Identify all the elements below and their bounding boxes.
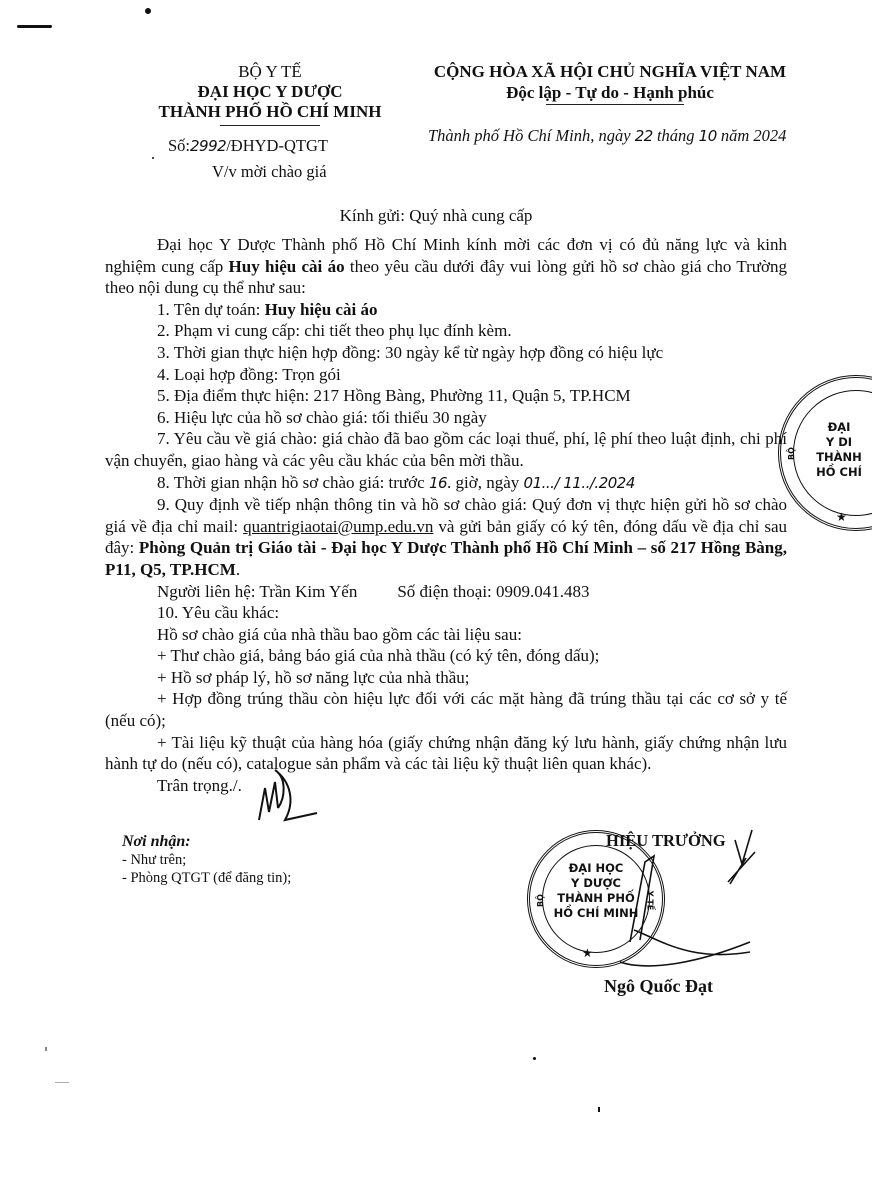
edge-stamp-line-1: ĐẠI bbox=[799, 420, 872, 435]
date-prefix: Thành phố Hồ Chí Minh, ngày bbox=[428, 126, 635, 145]
recipient-1: - Như trên; bbox=[122, 851, 291, 869]
doc-number-prefix: Số: bbox=[168, 136, 190, 155]
university-name-line2: THÀNH PHỐ HỒ CHÍ MINH bbox=[130, 102, 410, 122]
item-8-label: 8. Thời gian nhận hồ sơ chào giá: trước bbox=[157, 473, 429, 492]
edge-stamp-line-4: HỒ CHÍ bbox=[799, 465, 872, 480]
email-link[interactable]: quantrigiaotai@ump.edu.vn bbox=[243, 517, 433, 536]
doc-number-handwritten: 2992 bbox=[190, 137, 226, 155]
documents-intro: Hồ sơ chào giá của nhà thầu bao gồm các … bbox=[105, 624, 787, 646]
scan-mark-dot bbox=[45, 1047, 47, 1051]
document-date: Thành phố Hồ Chí Minh, ngày 22 tháng 10 … bbox=[428, 126, 786, 146]
contact-phone: Số điện thoại: 0909.041.483 bbox=[397, 582, 589, 601]
date-day-handwritten: 22 bbox=[635, 127, 653, 145]
deadline-date-handwritten: 01.../ 11../.2024 bbox=[524, 474, 635, 492]
item-8-mid: . giờ, ngày bbox=[447, 473, 524, 492]
document-subject: V/v mời chào giá bbox=[212, 162, 327, 182]
scan-mark-dot bbox=[152, 157, 154, 159]
item-1-label: 1. Tên dự toán: bbox=[157, 300, 265, 319]
edge-stamp-left-arc: BỘ bbox=[784, 447, 799, 460]
doc-number-suffix: /ĐHYD-QTGT bbox=[226, 136, 328, 155]
issuer-header: BỘ Y TẾ ĐẠI HỌC Y DƯỢC THÀNH PHỐ HỒ CHÍ … bbox=[130, 62, 410, 126]
document-requirement-1: + Thư chào giá, bảng báo giá của nhà thầ… bbox=[105, 645, 787, 667]
item-8: 8. Thời gian nhận hồ sơ chào giá: trước … bbox=[105, 472, 787, 495]
item-7: 7. Yêu cầu về giá chào: giá chào đã bao … bbox=[105, 428, 787, 471]
scan-mark-dot bbox=[533, 1057, 536, 1060]
edge-stamp-line-2: Y DI bbox=[799, 435, 872, 450]
edge-stamp-star-icon: ★ bbox=[836, 510, 847, 525]
item-10: 10. Yêu cầu khác: bbox=[105, 602, 787, 624]
initials-signature-icon bbox=[245, 768, 325, 828]
scan-mark-dot bbox=[55, 1082, 69, 1083]
item-1-value: Huy hiệu cài áo bbox=[265, 300, 378, 319]
edge-stamp-text: ĐẠI Y DI THÀNH HỒ CHÍ bbox=[799, 420, 872, 480]
recipients-heading: Nơi nhận: bbox=[122, 833, 291, 851]
date-month-handwritten: 10 bbox=[699, 127, 717, 145]
item-3: 3. Thời gian thực hiện hợp đồng: 30 ngày… bbox=[105, 342, 787, 364]
date-suffix: năm 2024 bbox=[717, 126, 787, 145]
document-number: Số:2992/ĐHYD-QTGT bbox=[168, 136, 328, 156]
item-9-end: . bbox=[236, 560, 240, 579]
scan-mark-dash bbox=[17, 25, 52, 28]
deadline-hour-handwritten: 16 bbox=[429, 474, 447, 492]
header-underline bbox=[220, 125, 320, 126]
item-2: 2. Phạm vi cung cấp: chi tiết theo phụ l… bbox=[105, 320, 787, 342]
university-name-line1: ĐẠI HỌC Y DƯỢC bbox=[130, 82, 410, 102]
document-requirement-4: + Tài liệu kỹ thuật của hàng hóa (giấy c… bbox=[105, 732, 787, 775]
closing: Trân trọng./. bbox=[105, 775, 787, 797]
office-address: Phòng Quản trị Giáo tài - Đại học Y Dược… bbox=[105, 538, 787, 579]
item-5: 5. Địa điểm thực hiện: 217 Hồng Bàng, Ph… bbox=[105, 385, 787, 407]
document-requirement-2: + Hồ sơ pháp lý, hồ sơ năng lực của nhà … bbox=[105, 667, 787, 689]
national-header: CỘNG HÒA XÃ HỘI CHỦ NGHĨA VIỆT NAM Độc l… bbox=[410, 62, 810, 105]
item-6: 6. Hiệu lực của hồ sơ chào giá: tối thiể… bbox=[105, 407, 787, 429]
edge-stamp: ĐẠI Y DI THÀNH HỒ CHÍ BỘ ★ bbox=[778, 375, 872, 531]
country-name: CỘNG HÒA XÃ HỘI CHỦ NGHĨA VIỆT NAM bbox=[410, 62, 810, 82]
intro-paragraph: Đại học Y Dược Thành phố Hồ Chí Minh kín… bbox=[105, 234, 787, 299]
contact-line: Người liên hệ: Trần Kim YếnSố điện thoại… bbox=[105, 581, 787, 603]
item-9: 9. Quy định về tiếp nhận thông tin và hồ… bbox=[105, 494, 787, 580]
date-mid: tháng bbox=[653, 126, 699, 145]
motto-underline bbox=[546, 104, 684, 105]
product-name: Huy hiệu cài áo bbox=[229, 257, 345, 276]
document-requirement-3: + Hợp đồng trúng thầu còn hiệu lực đối v… bbox=[105, 688, 787, 731]
recipient-2: - Phòng QTGT (để đăng tin); bbox=[122, 869, 291, 887]
letter-body: Đại học Y Dược Thành phố Hồ Chí Minh kín… bbox=[105, 234, 787, 796]
edge-stamp-line-3: THÀNH bbox=[799, 450, 872, 465]
stamp-left-arc: BỘ bbox=[533, 894, 548, 907]
signatory-name: Ngô Quốc Đạt bbox=[604, 976, 713, 997]
signature-icon bbox=[590, 822, 770, 982]
ministry-name: BỘ Y TẾ bbox=[130, 62, 410, 82]
recipients-block: Nơi nhận: - Như trên; - Phòng QTGT (để đ… bbox=[122, 833, 291, 887]
item-4: 4. Loại hợp đồng: Trọn gói bbox=[105, 364, 787, 386]
scan-mark-dot bbox=[144, 7, 152, 15]
national-motto: Độc lập - Tự do - Hạnh phúc bbox=[410, 82, 810, 104]
salutation: Kính gửi: Quý nhà cung cấp bbox=[0, 206, 872, 226]
item-1: 1. Tên dự toán: Huy hiệu cài áo bbox=[105, 299, 787, 321]
scan-mark-dot bbox=[598, 1107, 600, 1112]
contact-person: Người liên hệ: Trần Kim Yến bbox=[157, 582, 357, 601]
